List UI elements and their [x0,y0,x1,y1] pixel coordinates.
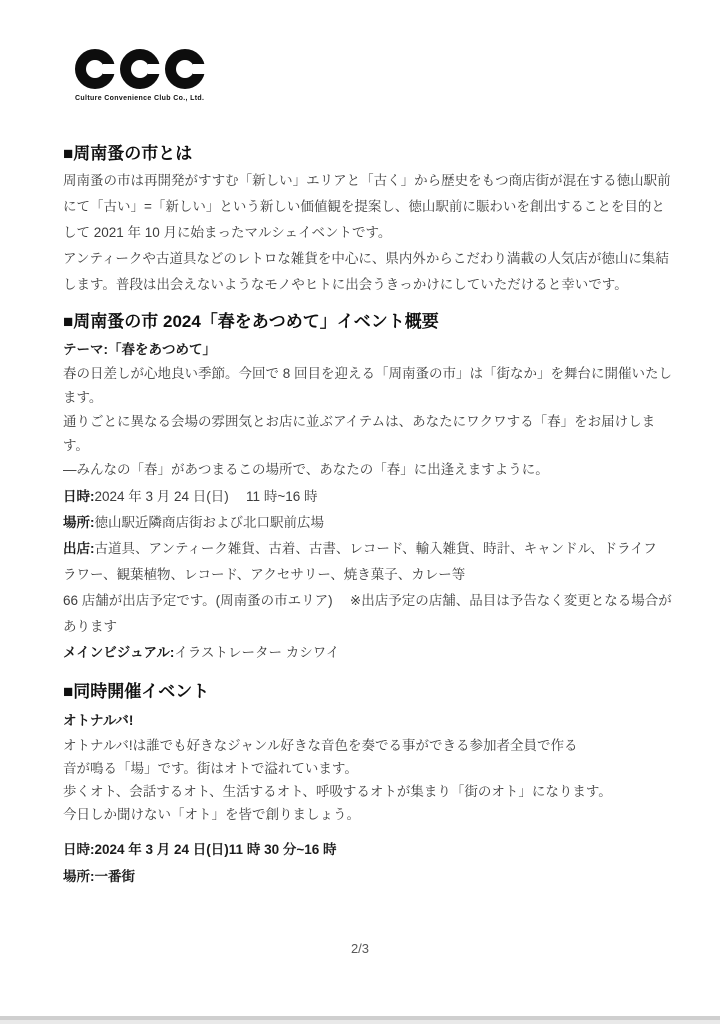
shops-note-continued: あります [63,614,657,640]
concurrent-paragraph: オトナルバ!は誰でも好きなジャンル好きな音色を奏でる事ができる参加者全員で作る … [63,734,657,826]
paragraph-line: 今日しか聞けない「オト」を皆で創りましょう。 [63,803,657,826]
event-place: 場所:徳山駅近隣商店街および北口駅前広場 [63,510,657,536]
place-label: 場所: [63,515,95,530]
paragraph-line: します。普段は出会えないようなモノやヒトに出会うきっかけにしていただけると幸いで… [63,272,657,298]
logo-letter-c-icon [165,49,205,89]
main-visual-label: メインビジュアル: [63,645,174,660]
section-heading-overview: ■周南蚤の市 2024「春をあつめて」イベント概要 [63,312,657,332]
about-paragraph-1: 周南蚤の市は再開発がすすむ「新しい」エリアと「古く」から歴史をもつ商店街が混在す… [63,168,657,246]
paragraph-line: ます。 [63,386,657,410]
paragraph-line: 通りごとに異なる会場の雰囲気とお店に並ぶアイテムは、あなたにワクワする「春」をお… [63,410,657,434]
paragraph-line: して 2021 年 10 月に始まったマルシェイベントです。 [63,220,657,246]
overview-paragraph: 春の日差しが心地良い季節。今回で 8 回目を迎える「周南蚤の市」は「街なか」を舞… [63,362,657,482]
event-datetime: 日時:2024 年 3 月 24 日(日) 11 時~16 時 [63,484,657,510]
paragraph-line: オトナルバ!は誰でも好きなジャンル好きな音色を奏でる事ができる参加者全員で作る [63,734,657,757]
event-theme: テーマ:「春をあつめて」 [63,338,657,362]
shops-value: 古道具、アンティーク雑貨、古着、古書、レコード、輸入雑貨、時計、キャンドル、ドラ… [95,541,657,556]
paragraph-line: ―みんなの「春」があつまるこの場所で、あなたの「春」に出逢えますように。 [63,458,657,482]
concurrent-place: 場所:一番街 [63,863,657,890]
paragraph-line: 春の日差しが心地良い季節。今回で 8 回目を迎える「周南蚤の市」は「街なか」を舞… [63,362,657,386]
logo-letter-c-icon [120,49,160,89]
event-details: 日時:2024 年 3 月 24 日(日) 11 時~16 時 場所:徳山駅近隣… [63,484,657,666]
page-bottom-edge [0,1016,720,1024]
section-heading-concurrent: ■同時開催イベント [63,682,657,702]
paragraph-line: 歩くオト、会話するオト、生活するオト、呼吸するオトが集まり「街のオト」になります… [63,780,657,803]
logo-tagline: Culture Convenience Club Co., Ltd. [75,95,657,102]
shops-note: 66 店舗が出店予定です。(周南蚤の市エリア) ※出店予定の店舗、品目は予告なく… [63,588,657,614]
main-visual-value: イラストレーター カシワイ [174,645,339,660]
datetime-label: 日時: [63,489,95,504]
about-paragraph-2: アンティークや古道具などのレトロな雑貨を中心に、県内外からこだわり満載の人気店が… [63,246,657,298]
concurrent-event-title: オトナルバ! [63,710,657,732]
document-content: Culture Convenience Club Co., Ltd. ■周南蚤の… [0,0,720,890]
logo-letter-c-icon [75,49,115,89]
event-shops: 出店:古道具、アンティーク雑貨、古着、古書、レコード、輸入雑貨、時計、キャンドル… [63,536,657,562]
event-shops-continued: ラワー、観葉植物、レコード、アクセサリー、焼き菓子、カレー等 [63,562,657,588]
shops-label: 出店: [63,541,95,556]
concurrent-datetime: 日時:2024 年 3 月 24 日(日)11 時 30 分~16 時 [63,836,657,863]
document-page: Culture Convenience Club Co., Ltd. ■周南蚤の… [0,0,720,1024]
concurrent-event-details: 日時:2024 年 3 月 24 日(日)11 時 30 分~16 時 場所:一… [63,836,657,890]
section-heading-about: ■周南蚤の市とは [63,144,657,164]
datetime-value: 2024 年 3 月 24 日(日) 11 時~16 時 [95,489,318,504]
paragraph-line: にて「古い」=「新しい」という新しい価値観を提案し、徳山駅前に賑わいを創出するこ… [63,194,657,220]
main-visual: メインビジュアル:イラストレーター カシワイ [63,640,657,666]
company-logo: Culture Convenience Club Co., Ltd. [75,0,657,102]
ccc-logo-mark [75,49,657,89]
paragraph-line: 音が鳴る「場」です。街はオトで溢れています。 [63,757,657,780]
place-value: 徳山駅近隣商店街および北口駅前広場 [95,515,325,530]
paragraph-line: 周南蚤の市は再開発がすすむ「新しい」エリアと「古く」から歴史をもつ商店街が混在す… [63,168,657,194]
page-number: 2/3 [0,941,720,956]
paragraph-line: アンティークや古道具などのレトロな雑貨を中心に、県内外からこだわり満載の人気店が… [63,246,657,272]
paragraph-line: す。 [63,434,657,458]
